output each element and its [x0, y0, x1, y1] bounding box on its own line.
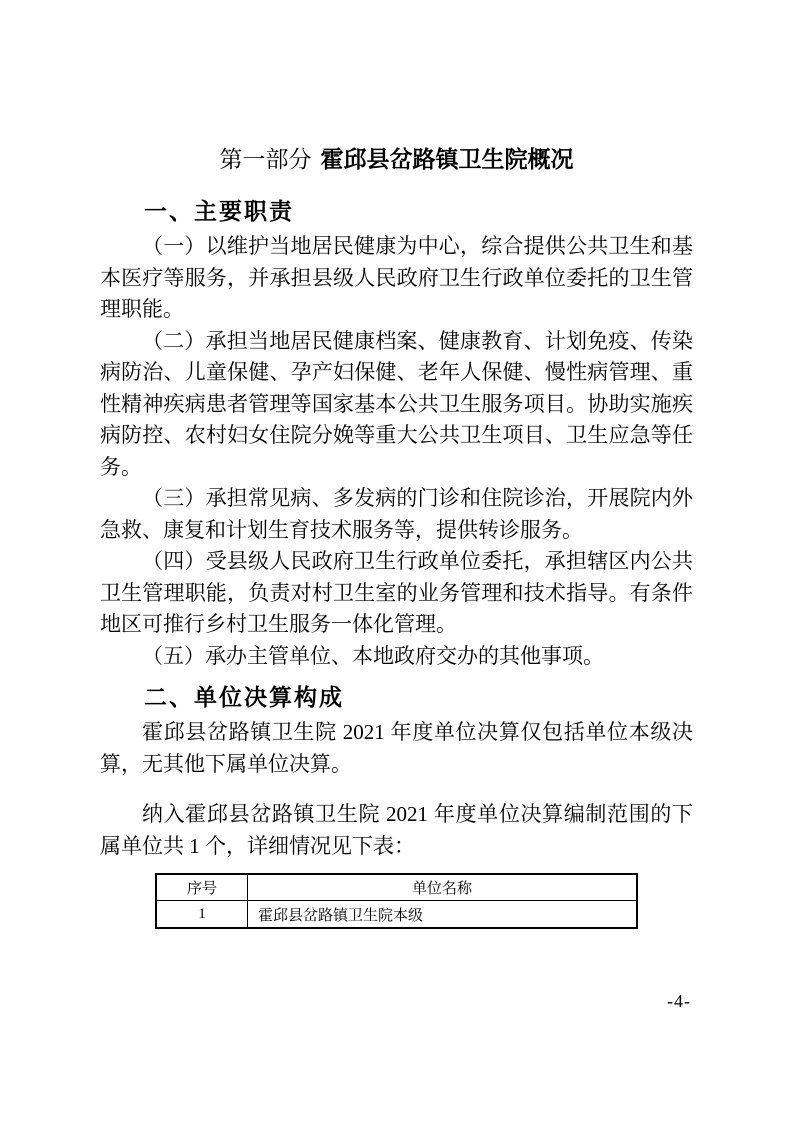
section1-paragraph-5: （五）承办主管单位、本地政府交办的其他事项。: [100, 641, 693, 673]
document-page: 第一部分霍邱县岔路镇卫生院概况 一、主要职责 （一）以维护当地居民健康为中心，综…: [0, 0, 793, 1122]
title-part-label: 第一部分: [220, 146, 312, 172]
table-row: 1 霍邱县岔路镇卫生院本级: [156, 901, 637, 929]
table-header-row: 序号 单位名称: [156, 874, 637, 901]
column-header-index: 序号: [156, 874, 248, 901]
page-number: -4-: [667, 991, 691, 1012]
subordinate-units-table: 序号 单位名称 1 霍邱县岔路镇卫生院本级: [155, 873, 638, 929]
column-header-unit-name: 单位名称: [248, 874, 638, 901]
title-name-label: 霍邱县岔路镇卫生院概况: [321, 146, 574, 172]
section2-heading: 二、单位决算构成: [144, 682, 693, 712]
section2-paragraph-2: 纳入霍邱县岔路镇卫生院 2021 年度单位决算编制范围的下属单位共 1 个，详细…: [100, 799, 693, 862]
table-cell-index: 1: [156, 901, 248, 929]
table-cell-unit-name: 霍邱县岔路镇卫生院本级: [248, 901, 638, 929]
section1-paragraph-2: （二）承担当地居民健康档案、健康教育、计划免疫、传染病防治、儿童保健、孕产妇保健…: [100, 326, 693, 484]
section1-paragraph-4: （四）受县级人民政府卫生行政单位委托，承担辖区内公共卫生管理职能，负责对村卫生室…: [100, 546, 693, 641]
section2-paragraph-1: 霍邱县岔路镇卫生院 2021 年度单位决算仅包括单位本级决算，无其他下属单位决算…: [100, 717, 693, 780]
section1-heading: 一、主要职责: [144, 196, 693, 226]
section1-paragraph-3: （三）承担常见病、多发病的门诊和住院诊治，开展院内外急救、康复和计划生育技术服务…: [100, 483, 693, 546]
page-title: 第一部分霍邱县岔路镇卫生院概况: [100, 141, 693, 177]
section1-paragraph-1: （一）以维护当地居民健康为中心，综合提供公共卫生和基本医疗等服务，并承担县级人民…: [100, 231, 693, 326]
